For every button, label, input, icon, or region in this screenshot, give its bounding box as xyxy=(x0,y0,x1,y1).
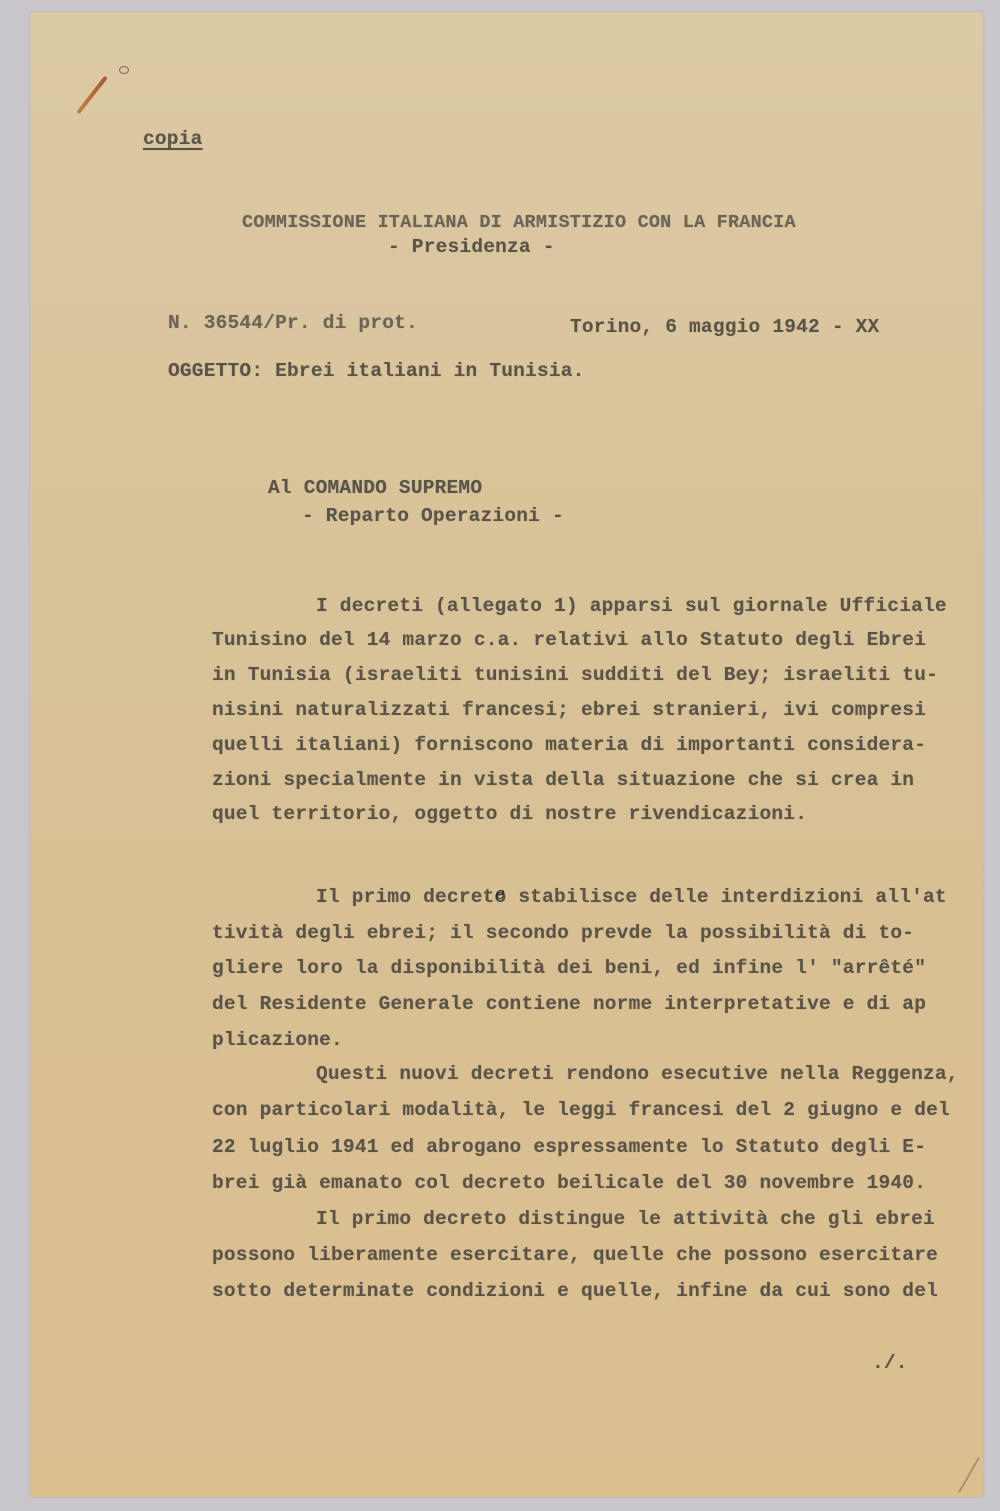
body-line: plicazione. xyxy=(212,1029,343,1051)
body-line: del Residente Generale contiene norme in… xyxy=(212,993,926,1015)
subject-line: OGGETTO: Ebrei italiani in Tunisia. xyxy=(168,360,585,382)
body-line: possono liberamente esercitare, quelle c… xyxy=(212,1244,938,1266)
continuation-mark: ./. xyxy=(872,1352,908,1374)
body-line: quelli italiani) forniscono materia di i… xyxy=(212,734,926,756)
handwritten-correction: e xyxy=(495,884,505,904)
body-line: in Tunisia (israeliti tunisini sudditi d… xyxy=(212,664,938,686)
body-line: 22 luglio 1941 ed abrogano espressamente… xyxy=(212,1136,926,1158)
body-line: sotto determinate condizioni e quelle, i… xyxy=(212,1280,938,1302)
body-line: Questi nuovi decreti rendono esecutive n… xyxy=(316,1063,959,1085)
body-line: nisini naturalizzati francesi; ebrei str… xyxy=(212,699,926,721)
recipient-line-1: Al COMANDO SUPREMO xyxy=(268,477,482,499)
body-line: zioni specialmente in vista della situaz… xyxy=(212,769,914,791)
body-line: tività degli ebrei; il secondo prevde la… xyxy=(212,922,914,944)
copy-stamp: copia xyxy=(143,128,203,150)
body-line: Tunisino del 14 marzo c.a. relativi allo… xyxy=(212,629,926,651)
body-line: Il primo decreto stabilisce delle interd… xyxy=(316,886,947,908)
protocol-number: N. 36544/Pr. di prot. xyxy=(168,312,418,334)
body-line: brei già emanato col decreto beilicale d… xyxy=(212,1172,926,1194)
header-organization: COMMISSIONE ITALIANA DI ARMISTIZIO CON L… xyxy=(242,212,796,233)
header-office: - Presidenza - xyxy=(388,236,555,258)
body-line: Il primo decreto distingue le attività c… xyxy=(316,1208,935,1230)
place-date: Torino, 6 maggio 1942 - XX xyxy=(570,316,879,338)
staple-hole xyxy=(119,66,129,74)
body-line: I decreti (allegato 1) apparsi sul giorn… xyxy=(316,595,947,617)
body-line: gliere loro la disponibilità dei beni, e… xyxy=(212,957,926,979)
body-line: quel territorio, oggetto di nostre riven… xyxy=(212,803,807,825)
recipient-line-2: - Reparto Operazioni - xyxy=(302,505,564,527)
body-line: con particolari modalità, le leggi franc… xyxy=(212,1099,950,1121)
